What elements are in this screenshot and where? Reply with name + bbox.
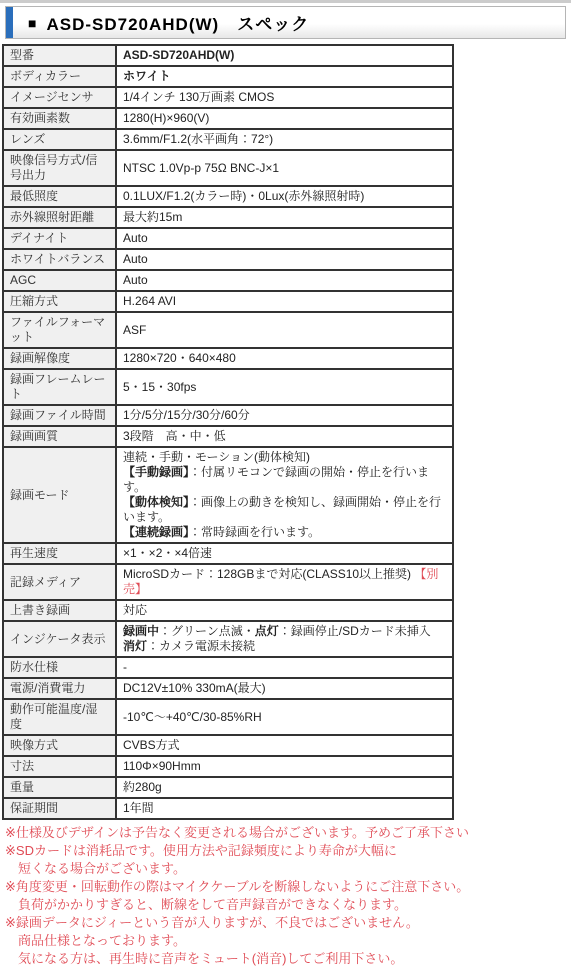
note-line: 気になる方は、再生時に音声をミュート(消音)してご利用下さい。 [5, 950, 571, 968]
spec-label: インジケータ表示 [3, 621, 116, 657]
spec-value: 3.6mm/F1.2(水平画角：72°) [116, 129, 453, 150]
spec-label: 最低照度 [3, 186, 116, 207]
note-line: ※角度変更・回転動作の際はマイクケーブルを断線しないようにご注意下さい。 [5, 878, 571, 896]
spec-row: 録画フレームレート5・15・30fps [3, 369, 453, 405]
square-bullet-icon: ■ [28, 15, 36, 31]
spec-value-segment: CVBS方式 [123, 738, 180, 752]
accent-bar [6, 7, 13, 38]
spec-row: 寸法110Φ×90Hmm [3, 756, 453, 777]
spec-value: 対応 [116, 600, 453, 621]
spec-value-segment: 110Φ×90Hmm [123, 759, 201, 773]
spec-value: Auto [116, 249, 453, 270]
spec-table-body: 型番ASD-SD720AHD(W)ボディカラーホワイトイメージセンサ1/4インチ… [3, 45, 453, 819]
spec-row: 保証期間1年間 [3, 798, 453, 819]
spec-label: 型番 [3, 45, 116, 66]
spec-value-segment: MicroSDカード：128GBまで対応(CLASS10以上推奨) [123, 567, 414, 581]
spec-label: 記録メディア [3, 564, 116, 600]
notes-section: ※仕様及びデザインは予告なく変更される場合がございます。予めご了承下さい※SDカ… [5, 824, 571, 968]
spec-value-segment: 約280g [123, 780, 162, 794]
spec-row: ホワイトバランスAuto [3, 249, 453, 270]
spec-value-segment: 3.6mm/F1.2(水平画角：72°) [123, 132, 273, 146]
spec-value-segment: 5・15・30fps [123, 380, 196, 394]
spec-value: H.264 AVI [116, 291, 453, 312]
spec-value: 5・15・30fps [116, 369, 453, 405]
spec-row: 録画モード連続・手動・モーション(動体検知)【手動録画】：付属リモコンで録画の開… [3, 447, 453, 543]
spec-value-segment: 【連続録画】 [123, 525, 189, 539]
spec-value: 3段階 高・中・低 [116, 426, 453, 447]
page-title: ASD-SD720AHD(W) スペック [46, 10, 309, 35]
spec-value: ×1・×2・×4倍速 [116, 543, 453, 564]
spec-label: 録画画質 [3, 426, 116, 447]
spec-row: 防水仕様- [3, 657, 453, 678]
spec-value-segment: NTSC 1.0Vp-p 75Ω BNC-J×1 [123, 161, 279, 175]
spec-row: AGCAuto [3, 270, 453, 291]
spec-row: イメージセンサ1/4インチ 130万画素 CMOS [3, 87, 453, 108]
spec-value-segment: ：グリーン点滅・ [159, 624, 255, 638]
spec-value: 1280(H)×960(V) [116, 108, 453, 129]
spec-value-segment: 消灯 [123, 639, 147, 653]
spec-value-segment: ×1・×2・×4倍速 [123, 546, 212, 560]
spec-row: 有効画素数1280(H)×960(V) [3, 108, 453, 129]
spec-value-segment: ：常時録画を行います。 [189, 525, 320, 539]
spec-row: 録画ファイル時間1分/5分/15分/30分/60分 [3, 405, 453, 426]
spec-value: -10℃～+40℃/30-85%RH [116, 699, 453, 735]
spec-row: 映像方式CVBS方式 [3, 735, 453, 756]
spec-label: 映像信号方式/信号出力 [3, 150, 116, 186]
spec-label: 動作可能温度/湿度 [3, 699, 116, 735]
page-header: ■ ASD-SD720AHD(W) スペック [5, 6, 566, 39]
spec-value-segment: Auto [123, 231, 148, 245]
spec-value: Auto [116, 228, 453, 249]
spec-value-segment: 【動体検知】 [123, 495, 189, 509]
spec-label: 上書き録画 [3, 600, 116, 621]
spec-row: 上書き録画対応 [3, 600, 453, 621]
spec-value-segment: 点灯 [255, 624, 279, 638]
spec-label: 映像方式 [3, 735, 116, 756]
spec-value: 1年間 [116, 798, 453, 819]
spec-value-segment: -10℃～+40℃/30-85%RH [123, 710, 262, 724]
spec-value-segment: 連続・手動・モーション(動体検知) [123, 450, 310, 464]
spec-label: 寸法 [3, 756, 116, 777]
spec-value: 0.1LUX/F1.2(カラー時)・0Lux(赤外線照射時) [116, 186, 453, 207]
spec-row: 型番ASD-SD720AHD(W) [3, 45, 453, 66]
spec-row: インジケータ表示録画中：グリーン点滅・点灯：録画停止/SDカード未挿入消灯：カメ… [3, 621, 453, 657]
spec-value-segment: 対応 [123, 603, 147, 617]
spec-label: 防水仕様 [3, 657, 116, 678]
spec-value-segment: ASD-SD720AHD(W) [123, 48, 234, 62]
spec-row: 記録メディアMicroSDカード：128GBまで対応(CLASS10以上推奨) … [3, 564, 453, 600]
spec-value: NTSC 1.0Vp-p 75Ω BNC-J×1 [116, 150, 453, 186]
spec-row: ボディカラーホワイト [3, 66, 453, 87]
spec-row: 赤外線照射距離最大約15m [3, 207, 453, 228]
spec-value: 1分/5分/15分/30分/60分 [116, 405, 453, 426]
spec-value-segment: 0.1LUX/F1.2(カラー時)・0Lux(赤外線照射時) [123, 189, 364, 203]
spec-value-segment: ASF [123, 323, 146, 337]
spec-label: 重量 [3, 777, 116, 798]
spec-row: 録画画質3段階 高・中・低 [3, 426, 453, 447]
spec-value: 約280g [116, 777, 453, 798]
spec-label: ファイルフォーマット [3, 312, 116, 348]
spec-value: ASF [116, 312, 453, 348]
spec-row: 録画解像度1280×720・640×480 [3, 348, 453, 369]
spec-value-segment: 1年間 [123, 801, 154, 815]
spec-value: 最大約15m [116, 207, 453, 228]
spec-row: 動作可能温度/湿度-10℃～+40℃/30-85%RH [3, 699, 453, 735]
spec-value: CVBS方式 [116, 735, 453, 756]
spec-value: Auto [116, 270, 453, 291]
spec-row: 再生速度×1・×2・×4倍速 [3, 543, 453, 564]
spec-value: ASD-SD720AHD(W) [116, 45, 453, 66]
spec-value-segment: 1280(H)×960(V) [123, 111, 209, 125]
spec-value: ホワイト [116, 66, 453, 87]
spec-row: 電源/消費電力DC12V±10% 330mA(最大) [3, 678, 453, 699]
spec-value: 録画中：グリーン点滅・点灯：録画停止/SDカード未挿入消灯：カメラ電源未接続 [116, 621, 453, 657]
spec-value-segment: 3段階 高・中・低 [123, 429, 226, 443]
note-line: ※SDカードは消耗品です。使用方法や記録頻度により寿命が大幅に [5, 842, 571, 860]
spec-value-segment: - [123, 660, 127, 674]
spec-value-segment: 1280×720・640×480 [123, 351, 236, 365]
spec-value: - [116, 657, 453, 678]
spec-value: MicroSDカード：128GBまで対応(CLASS10以上推奨) 【別売】 [116, 564, 453, 600]
spec-value-segment: 1分/5分/15分/30分/60分 [123, 408, 250, 422]
spec-label: 赤外線照射距離 [3, 207, 116, 228]
spec-label: 録画ファイル時間 [3, 405, 116, 426]
spec-value-segment: DC12V±10% 330mA(最大) [123, 681, 266, 695]
spec-value: 連続・手動・モーション(動体検知)【手動録画】：付属リモコンで録画の開始・停止を… [116, 447, 453, 543]
spec-row: ファイルフォーマットASF [3, 312, 453, 348]
spec-label: 保証期間 [3, 798, 116, 819]
spec-value: DC12V±10% 330mA(最大) [116, 678, 453, 699]
spec-label: ボディカラー [3, 66, 116, 87]
note-line: 短くなる場合がございます。 [5, 860, 571, 878]
note-line: ※仕様及びデザインは予告なく変更される場合がございます。予めご了承下さい [5, 824, 571, 842]
spec-value-segment: 1/4インチ 130万画素 CMOS [123, 90, 274, 104]
spec-label: 電源/消費電力 [3, 678, 116, 699]
spec-label: ホワイトバランス [3, 249, 116, 270]
spec-value-segment: 録画中 [123, 624, 159, 638]
spec-value: 110Φ×90Hmm [116, 756, 453, 777]
spec-label: 再生速度 [3, 543, 116, 564]
spec-row: 圧縮方式H.264 AVI [3, 291, 453, 312]
spec-label: AGC [3, 270, 116, 291]
spec-value-segment: 【手動録画】 [123, 465, 189, 479]
spec-value-segment: H.264 AVI [123, 294, 176, 308]
spec-label: 録画フレームレート [3, 369, 116, 405]
spec-value: 1280×720・640×480 [116, 348, 453, 369]
spec-label: 録画モード [3, 447, 116, 543]
spec-table: 型番ASD-SD720AHD(W)ボディカラーホワイトイメージセンサ1/4インチ… [2, 44, 454, 820]
spec-row: デイナイトAuto [3, 228, 453, 249]
spec-label: イメージセンサ [3, 87, 116, 108]
spec-label: 有効画素数 [3, 108, 116, 129]
spec-row: レンズ3.6mm/F1.2(水平画角：72°) [3, 129, 453, 150]
spec-value-segment: Auto [123, 252, 148, 266]
note-line: ※録画データにジィーという音が入りますが、不良ではございません。 [5, 914, 571, 932]
note-line: 商品仕様となっております。 [5, 932, 571, 950]
spec-value: 1/4インチ 130万画素 CMOS [116, 87, 453, 108]
spec-value-segment: ：カメラ電源未接続 [147, 639, 255, 653]
spec-row: 最低照度0.1LUX/F1.2(カラー時)・0Lux(赤外線照射時) [3, 186, 453, 207]
spec-value-segment: ホワイト [123, 69, 171, 83]
spec-value-segment: ：録画停止/SDカード未挿入 [279, 624, 431, 638]
spec-label: 録画解像度 [3, 348, 116, 369]
spec-label: 圧縮方式 [3, 291, 116, 312]
spec-label: デイナイト [3, 228, 116, 249]
spec-row: 重量約280g [3, 777, 453, 798]
spec-value-segment: Auto [123, 273, 148, 287]
spec-label: レンズ [3, 129, 116, 150]
note-line: 負荷がかかりすぎると、断線をして音声録音ができなくなります。 [5, 896, 571, 914]
spec-value-segment: 最大約15m [123, 210, 182, 224]
spec-row: 映像信号方式/信号出力NTSC 1.0Vp-p 75Ω BNC-J×1 [3, 150, 453, 186]
